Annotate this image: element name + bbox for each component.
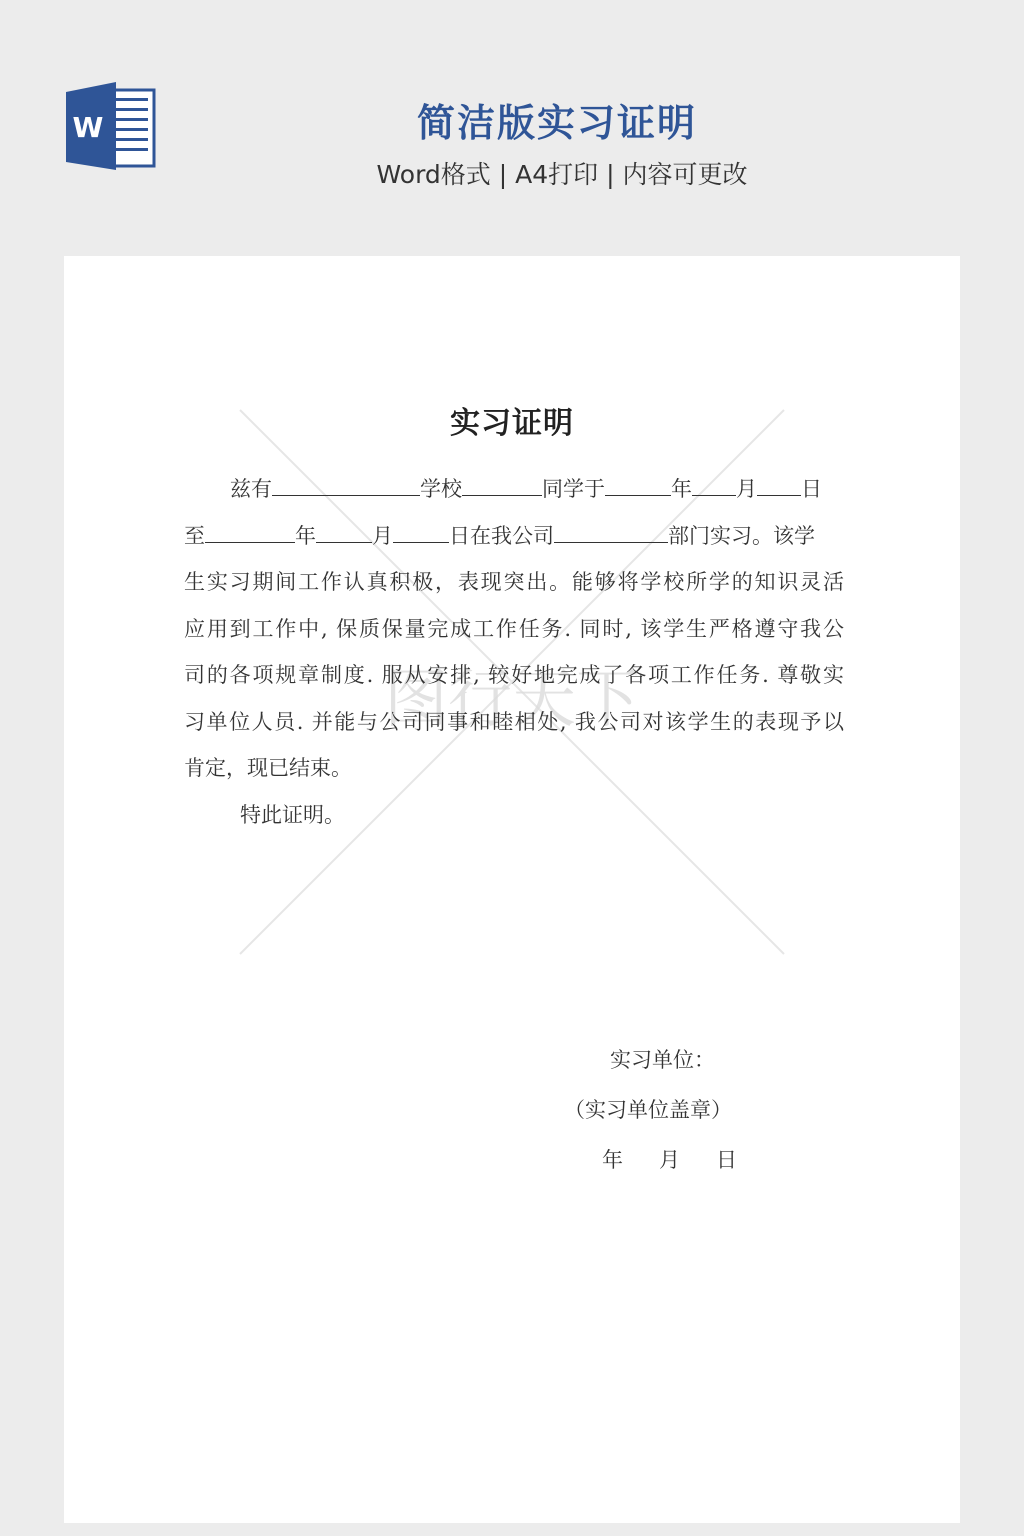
start-year-blank[interactable] xyxy=(605,477,671,496)
text-segment: 至 xyxy=(184,524,205,548)
start-month-blank[interactable] xyxy=(692,477,736,496)
body-line-5: 司的各项规章制度. 服从安排, 较好地完成了各项工作任务. 尊敬实 xyxy=(184,652,844,699)
document-title: 实习证明 xyxy=(64,398,960,442)
body-line-1: 兹有学校同学于年月日 xyxy=(184,466,844,513)
date-day-label: 日 xyxy=(716,1148,737,1172)
text-segment: 日 xyxy=(801,477,822,501)
body-line-3: 生实习期间工作认真积极，表现突出。能够将学校所学的知识灵活 xyxy=(184,559,844,606)
body-line-2: 至年月日在我公司部门实习。该学 xyxy=(184,513,844,560)
body-line-7: 肯定，现已结束。 xyxy=(184,745,844,792)
text-segment: 年 xyxy=(671,477,692,501)
page-title: 简洁版实习证明 xyxy=(0,92,1024,147)
end-month-blank[interactable] xyxy=(316,524,372,543)
signature-date: 年月日 xyxy=(602,1144,737,1174)
seal-label: （实习单位盖章） xyxy=(564,1094,732,1124)
text-segment: 月 xyxy=(372,524,393,548)
school-name-blank[interactable] xyxy=(272,477,420,496)
page-subtitle: Word格式 | A4打印 | 内容可更改 xyxy=(0,155,1024,191)
student-name-blank[interactable] xyxy=(462,477,542,496)
text-segment: 月 xyxy=(736,477,757,501)
date-year-label: 年 xyxy=(602,1148,623,1172)
intern-unit-label: 实习单位： xyxy=(610,1044,715,1074)
text-segment: 部门实习。该学 xyxy=(668,524,815,548)
end-day-blank[interactable] xyxy=(393,524,449,543)
text-segment: 年 xyxy=(295,524,316,548)
department-blank[interactable] xyxy=(554,524,668,543)
body-line-6: 习单位人员. 并能与公司同事和睦相处, 我公司对该学生的表现予以 xyxy=(184,699,844,746)
closing-statement: 特此证明。 xyxy=(184,792,844,839)
start-day-blank[interactable] xyxy=(757,477,801,496)
document-page: 图行天下 实习证明 兹有学校同学于年月日 至年月日在我公司部门实习。该学 生实习… xyxy=(64,256,960,1523)
text-segment: 兹有 xyxy=(230,477,272,501)
end-year-blank[interactable] xyxy=(205,524,295,543)
text-segment: 日在我公司 xyxy=(449,524,554,548)
date-month-label: 月 xyxy=(659,1148,680,1172)
watermark-lines: 图行天下 xyxy=(64,256,960,1523)
text-segment: 学校 xyxy=(420,477,462,501)
body-line-4: 应用到工作中, 保质保量完成工作任务. 同时, 该学生严格遵守我公 xyxy=(184,606,844,653)
document-body: 兹有学校同学于年月日 至年月日在我公司部门实习。该学 生实习期间工作认真积极，表… xyxy=(184,466,844,838)
text-segment: 同学于 xyxy=(542,477,605,501)
